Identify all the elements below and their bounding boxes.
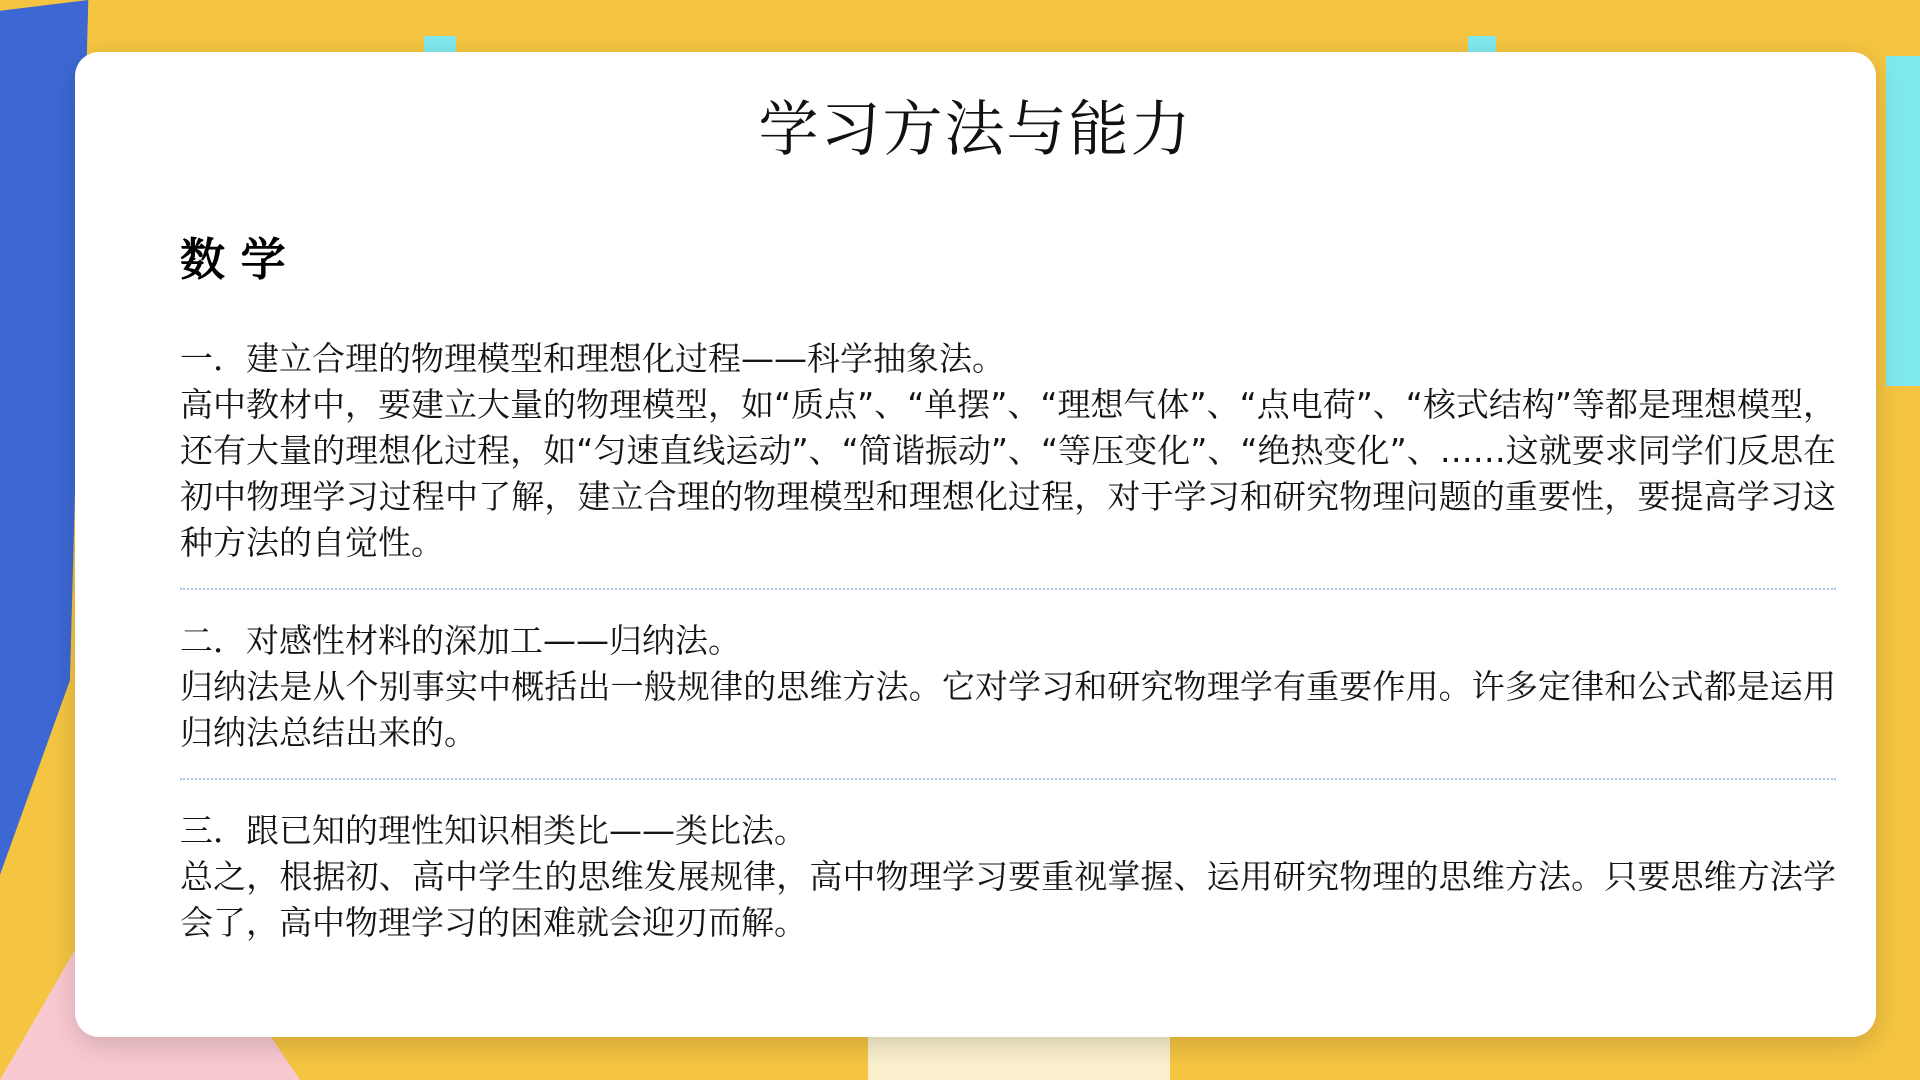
section-3: 三．跟已知的理性知识相类比——类比法。 总之，根据初、高中学生的思维发展规律，高… bbox=[180, 808, 1836, 946]
dotted-divider-2 bbox=[180, 778, 1836, 780]
section-1-body: 高中教材中，要建立大量的物理模型，如“质点”、“单摆”、“理想气体”、“点电荷”… bbox=[180, 382, 1836, 566]
slide-title: 学习方法与能力 bbox=[75, 90, 1876, 170]
section-2: 二．对感性材料的深加工——归纳法。 归纳法是从个别事实中概括出一般规律的思维方法… bbox=[180, 618, 1836, 756]
section-1-heading: 一．建立合理的物理模型和理想化过程——科学抽象法。 bbox=[180, 336, 1836, 382]
section-3-heading: 三．跟已知的理性知识相类比——类比法。 bbox=[180, 808, 1836, 854]
slide-canvas: { "slide": { "title": "学习方法与能力", "subjec… bbox=[0, 0, 1920, 1080]
subject-heading: 数 学 bbox=[180, 232, 1836, 288]
slide-content: 数 学 一．建立合理的物理模型和理想化过程——科学抽象法。 高中教材中，要建立大… bbox=[75, 232, 1876, 946]
section-3-body: 总之，根据初、高中学生的思维发展规律，高中物理学习要重视掌握、运用研究物理的思维… bbox=[180, 854, 1836, 946]
slide-card: 学习方法与能力 数 学 一．建立合理的物理模型和理想化过程——科学抽象法。 高中… bbox=[75, 52, 1876, 1037]
dotted-divider-1 bbox=[180, 588, 1836, 590]
section-2-heading: 二．对感性材料的深加工——归纳法。 bbox=[180, 618, 1836, 664]
decor-cyan-right-strip bbox=[1886, 56, 1920, 386]
section-2-body: 归纳法是从个别事实中概括出一般规律的思维方法。它对学习和研究物理学有重要作用。许… bbox=[180, 664, 1836, 756]
section-1: 一．建立合理的物理模型和理想化过程——科学抽象法。 高中教材中，要建立大量的物理… bbox=[180, 336, 1836, 566]
